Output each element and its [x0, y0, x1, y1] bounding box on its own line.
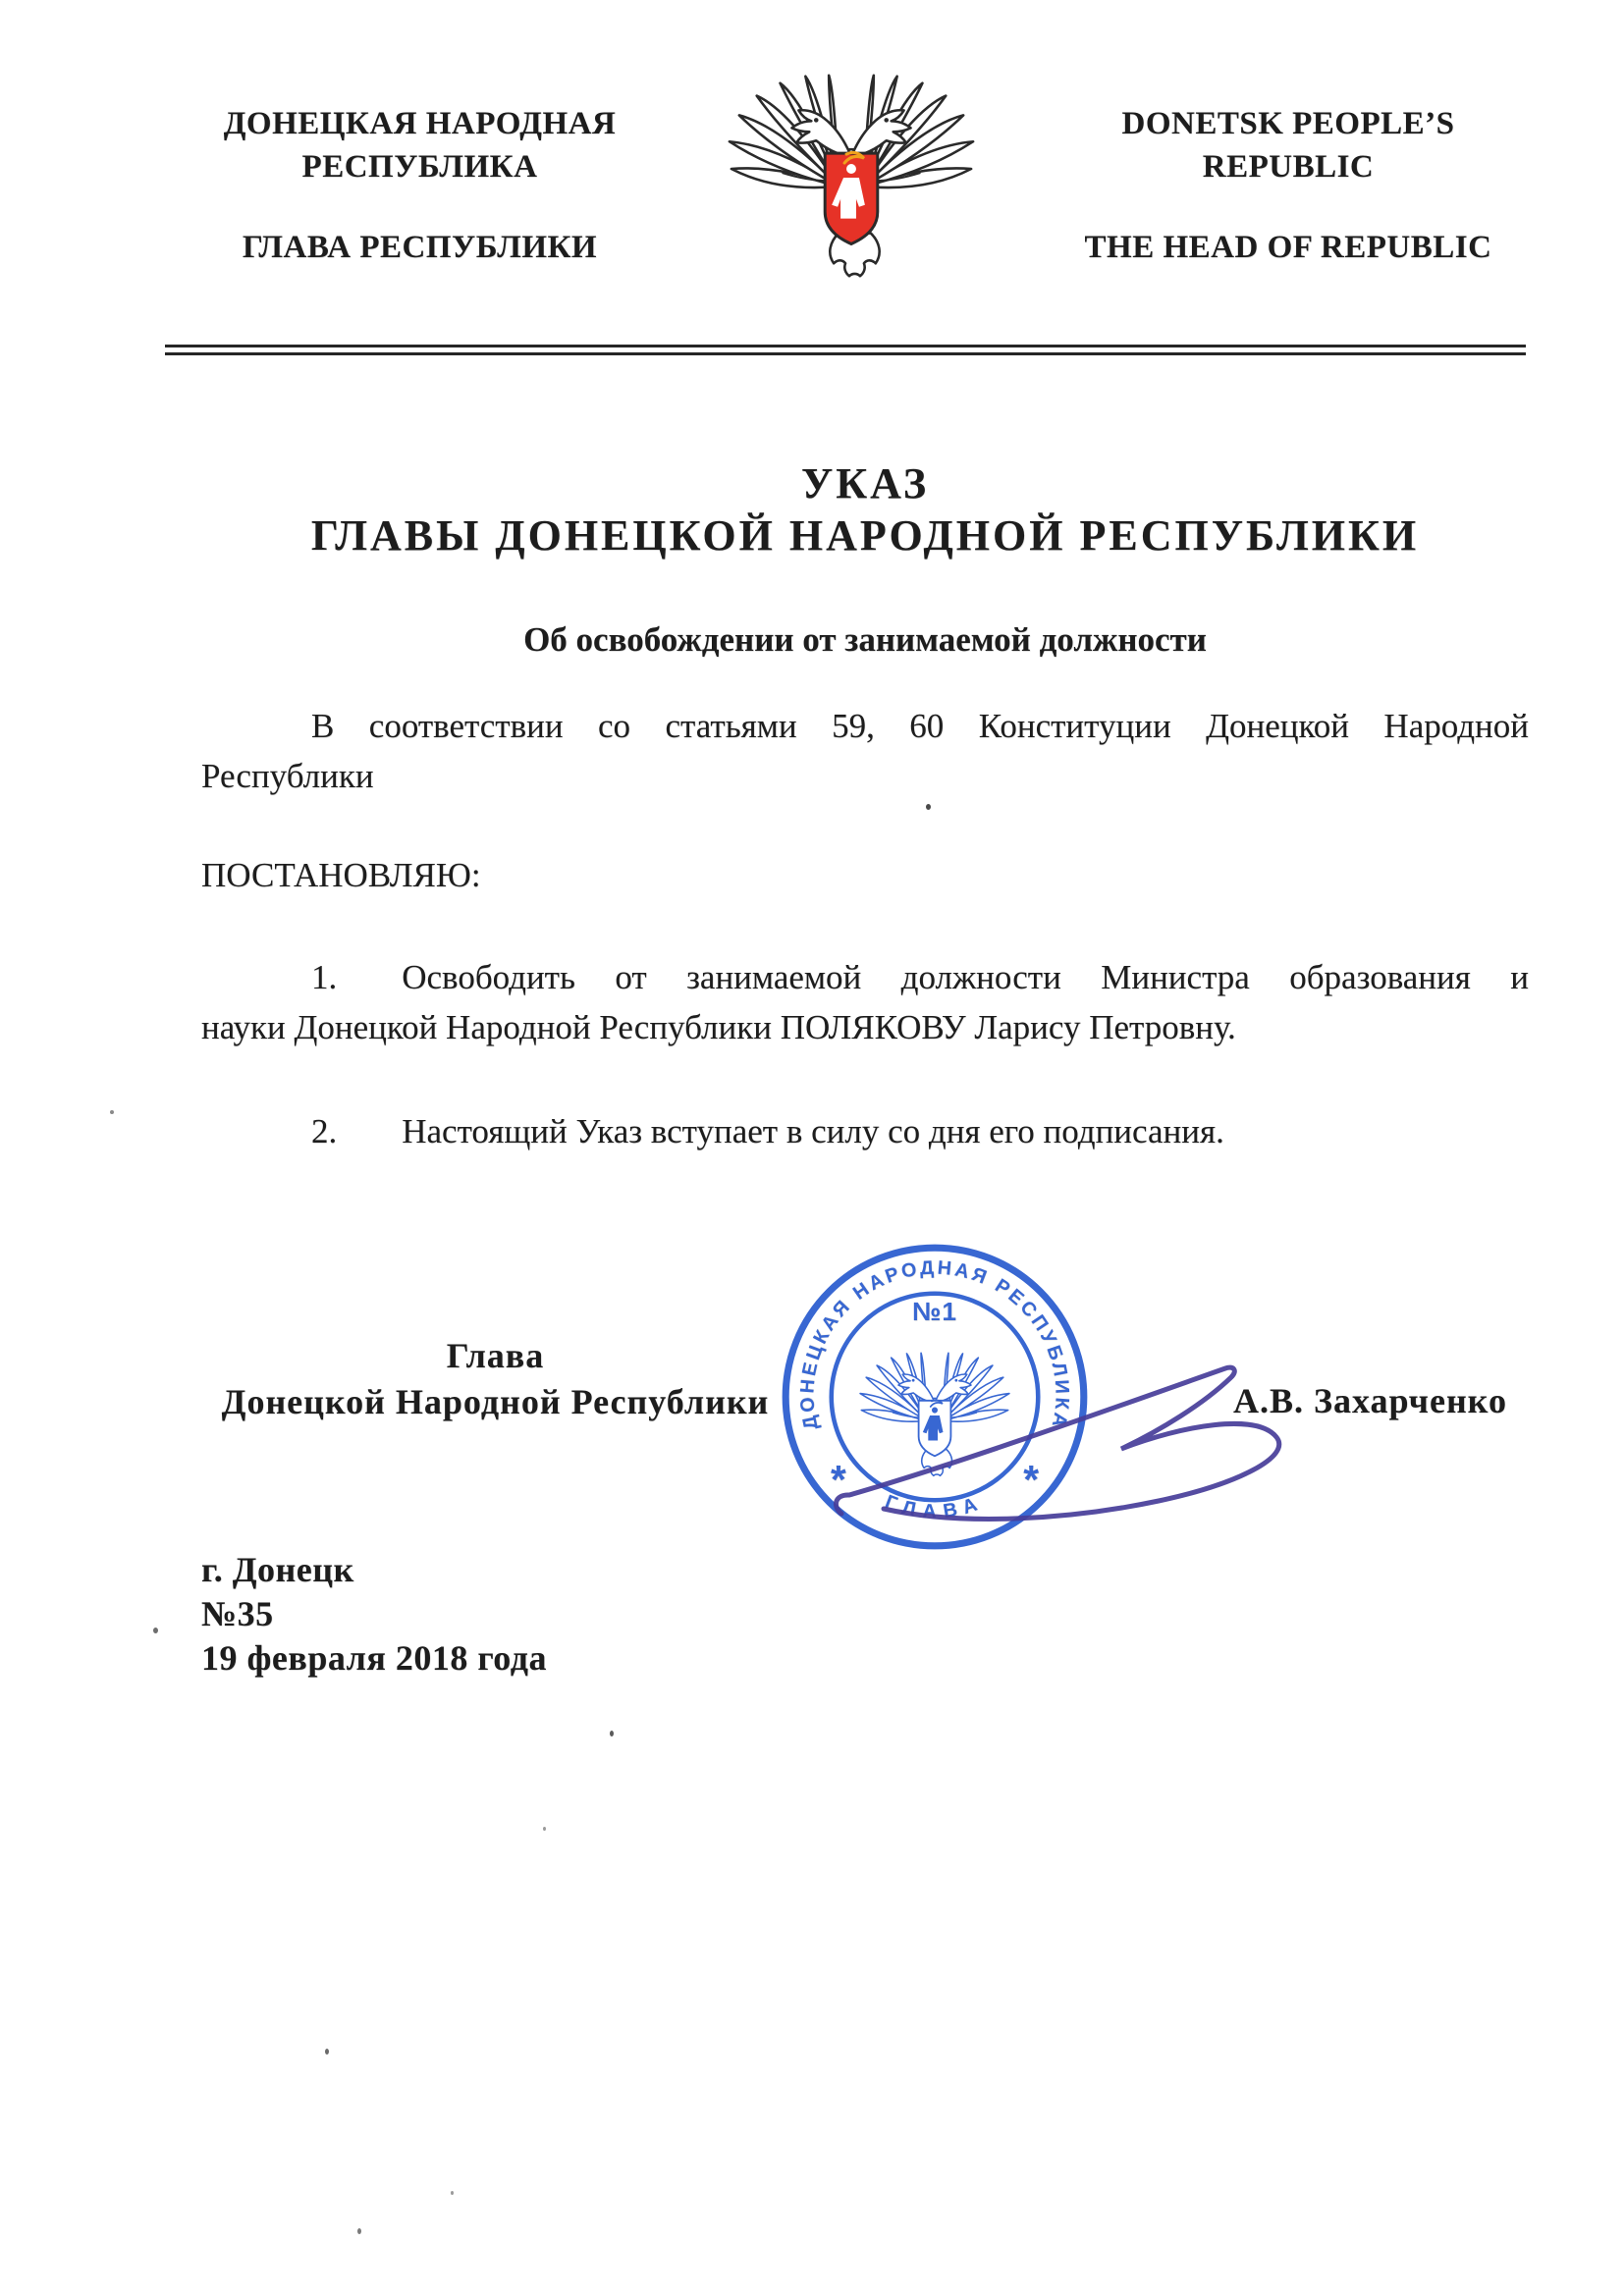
header-right-english: DONETSK PEOPLE’S REPUBLIC THE HEAD OF RE… [1053, 102, 1524, 269]
header-left-line3: ГЛАВА РЕСПУБЛИКИ [162, 226, 677, 269]
decree-item-1-line-1: 1.Освободить от занимаемой должности Мин… [201, 952, 1529, 1002]
decree-item-2: 2.Настоящий Указ вступает в силу со дня … [201, 1106, 1529, 1156]
scan-speck [610, 1731, 614, 1736]
header-right-line1: DONETSK PEOPLE’S [1053, 102, 1524, 145]
decree-item-1: 1.Освободить от занимаемой должности Мин… [201, 952, 1529, 1052]
footer-date: 19 февраля 2018 года [201, 1636, 547, 1681]
item-2-text: Настоящий Указ вступает в силу со дня ег… [402, 1112, 1224, 1150]
header-left-line2: РЕСПУБЛИКА [162, 145, 677, 188]
coat-of-arms-eagle-icon [720, 59, 983, 285]
item-1-number: 1. [311, 958, 337, 996]
scan-speck [110, 1110, 114, 1114]
scan-speck [325, 2049, 329, 2055]
signatory-post-line2: Донецкой Народной Республики [189, 1379, 802, 1425]
signatory-post: Глава Донецкой Народной Республики [189, 1333, 802, 1425]
header-right-line3: THE HEAD OF REPUBLIC [1053, 226, 1524, 269]
footer-city: г. Донецк [201, 1548, 547, 1592]
scan-speck [543, 1827, 546, 1831]
decree-preamble: В соответствии со статьями 59, 60 Консти… [201, 701, 1529, 801]
decree-subject: Об освобождении от занимаемой должности [201, 617, 1529, 663]
header-right-line2: REPUBLIC [1053, 145, 1524, 188]
footer-number: №35 [201, 1592, 547, 1636]
decree-document-page: ДОНЕЦКАЯ НАРОДНАЯ РЕСПУБЛИКА ГЛАВА РЕСПУ… [0, 0, 1624, 2296]
preamble-line-1: В соответствии со статьями 59, 60 Консти… [201, 701, 1529, 751]
handwritten-signature-icon [776, 1306, 1311, 1536]
scan-speck [153, 1628, 158, 1633]
scan-speck [451, 2191, 454, 2195]
header-divider-double-rule [165, 345, 1526, 355]
signatory-post-line1: Глава [189, 1333, 802, 1379]
decree-title-line2: ГЛАВЫ ДОНЕЦКОЙ НАРОДНОЙ РЕСПУБЛИКИ [201, 509, 1529, 561]
decree-title: УКАЗ ГЛАВЫ ДОНЕЦКОЙ НАРОДНОЙ РЕСПУБЛИКИ [201, 457, 1529, 561]
decree-item-1-line-2: науки Донецкой Народной Республики ПОЛЯК… [201, 1002, 1529, 1052]
decree-footer: г. Донецк №35 19 февраля 2018 года [201, 1548, 547, 1681]
signatory-name: А.В. Захарченко [1233, 1378, 1507, 1424]
item-2-number: 2. [311, 1112, 337, 1150]
scan-speck [926, 804, 931, 810]
header-left-line1: ДОНЕЦКАЯ НАРОДНАЯ [162, 102, 677, 145]
preamble-line-2: Республики [201, 751, 1529, 801]
decree-resolve-word: ПОСТАНОВЛЯЮ: [201, 850, 1529, 900]
header-left-russian: ДОНЕЦКАЯ НАРОДНАЯ РЕСПУБЛИКА ГЛАВА РЕСПУ… [162, 102, 677, 269]
decree-title-line1: УКАЗ [201, 457, 1529, 509]
item-1-text: Освободить от занимаемой должности Минис… [402, 958, 1529, 996]
scan-speck [357, 2228, 361, 2234]
